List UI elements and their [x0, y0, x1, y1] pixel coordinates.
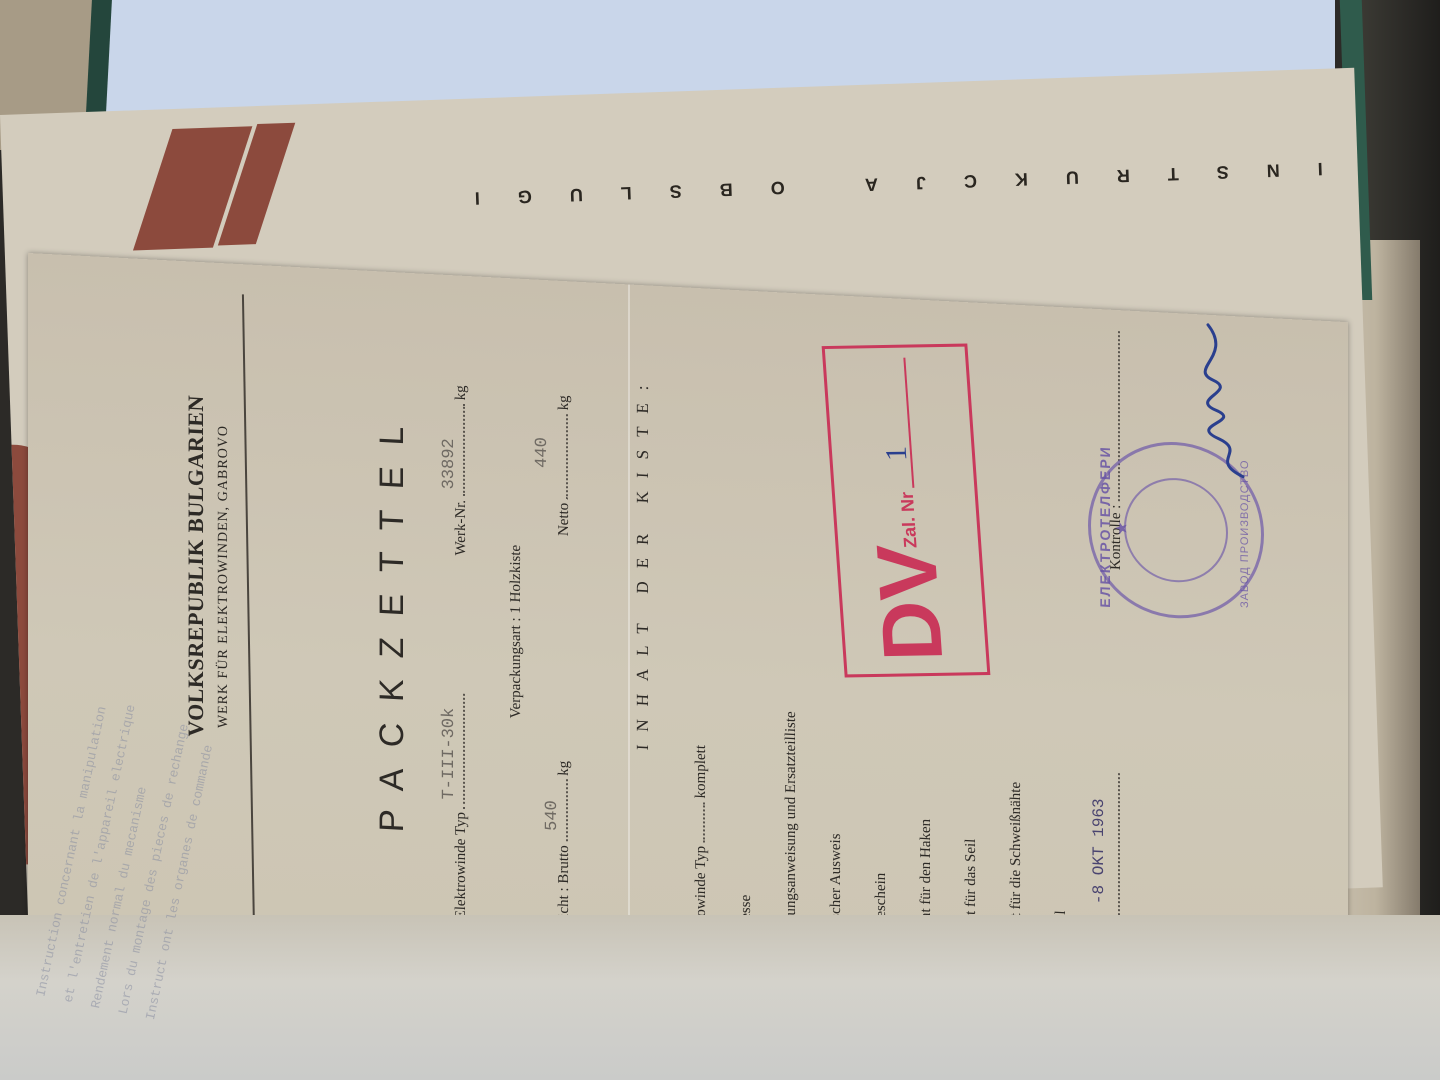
packer-line [1118, 773, 1120, 923]
gross-unit: kg [556, 760, 572, 776]
packaging-value: 1 Holzkiste [508, 544, 524, 614]
document-title: PACKZETTEL [373, 404, 412, 833]
date-stamp: -8 OKT 1963 [1090, 798, 1108, 905]
werk-nr-label: Werk-Nr. [453, 499, 469, 556]
type-value-line: T-III-30k [463, 693, 465, 808]
net-unit: kg [556, 395, 572, 411]
type-value: T-III-30k [440, 707, 459, 800]
red-stamp-line [903, 358, 914, 488]
type-row: für Elektrowinde Typ T-III-30k [453, 693, 470, 941]
cover-partial-title: INSTRUKCJA OBSLUGI [422, 139, 1323, 210]
net-label: Netto [556, 502, 572, 536]
book-pages [0, 915, 1440, 1080]
packaging-row: Verpackungsart : 1 Holzkiste [508, 544, 525, 719]
contents-item-value: komplett [693, 745, 709, 799]
net-line: 440 [566, 414, 568, 499]
handwritten-signature [1198, 319, 1258, 482]
paper-fold [628, 284, 630, 949]
werk-nr-row: Werk-Nr. 33892 kg [453, 385, 470, 556]
packaging-label: Verpackungsart : [508, 617, 524, 719]
contents-heading: INHALT DER KISTE: [633, 372, 653, 751]
werk-nr-unit: kg [453, 385, 469, 401]
round-stamp-top-text: ЕЛЕКТРОТЕЛФЕРИ ★ [1097, 441, 1130, 613]
red-inspection-stamp: DV Zal. Nr 1 [822, 344, 991, 678]
werk-nr-value: 33892 [440, 438, 459, 490]
round-stamp-inner-ring [1124, 475, 1228, 584]
red-stamp-label: Zal. Nr [897, 492, 922, 548]
werk-nr-line: 33892 [463, 404, 465, 496]
gross-line: 540 [566, 780, 568, 842]
net-weight-row: Netto 440 kg [556, 395, 573, 537]
net-value: 440 [533, 437, 552, 469]
contents-item-line [703, 802, 705, 842]
red-stamp-number: 1 [880, 446, 915, 462]
dv-logo-icon: DV [852, 565, 968, 662]
gross-value: 540 [543, 800, 562, 832]
